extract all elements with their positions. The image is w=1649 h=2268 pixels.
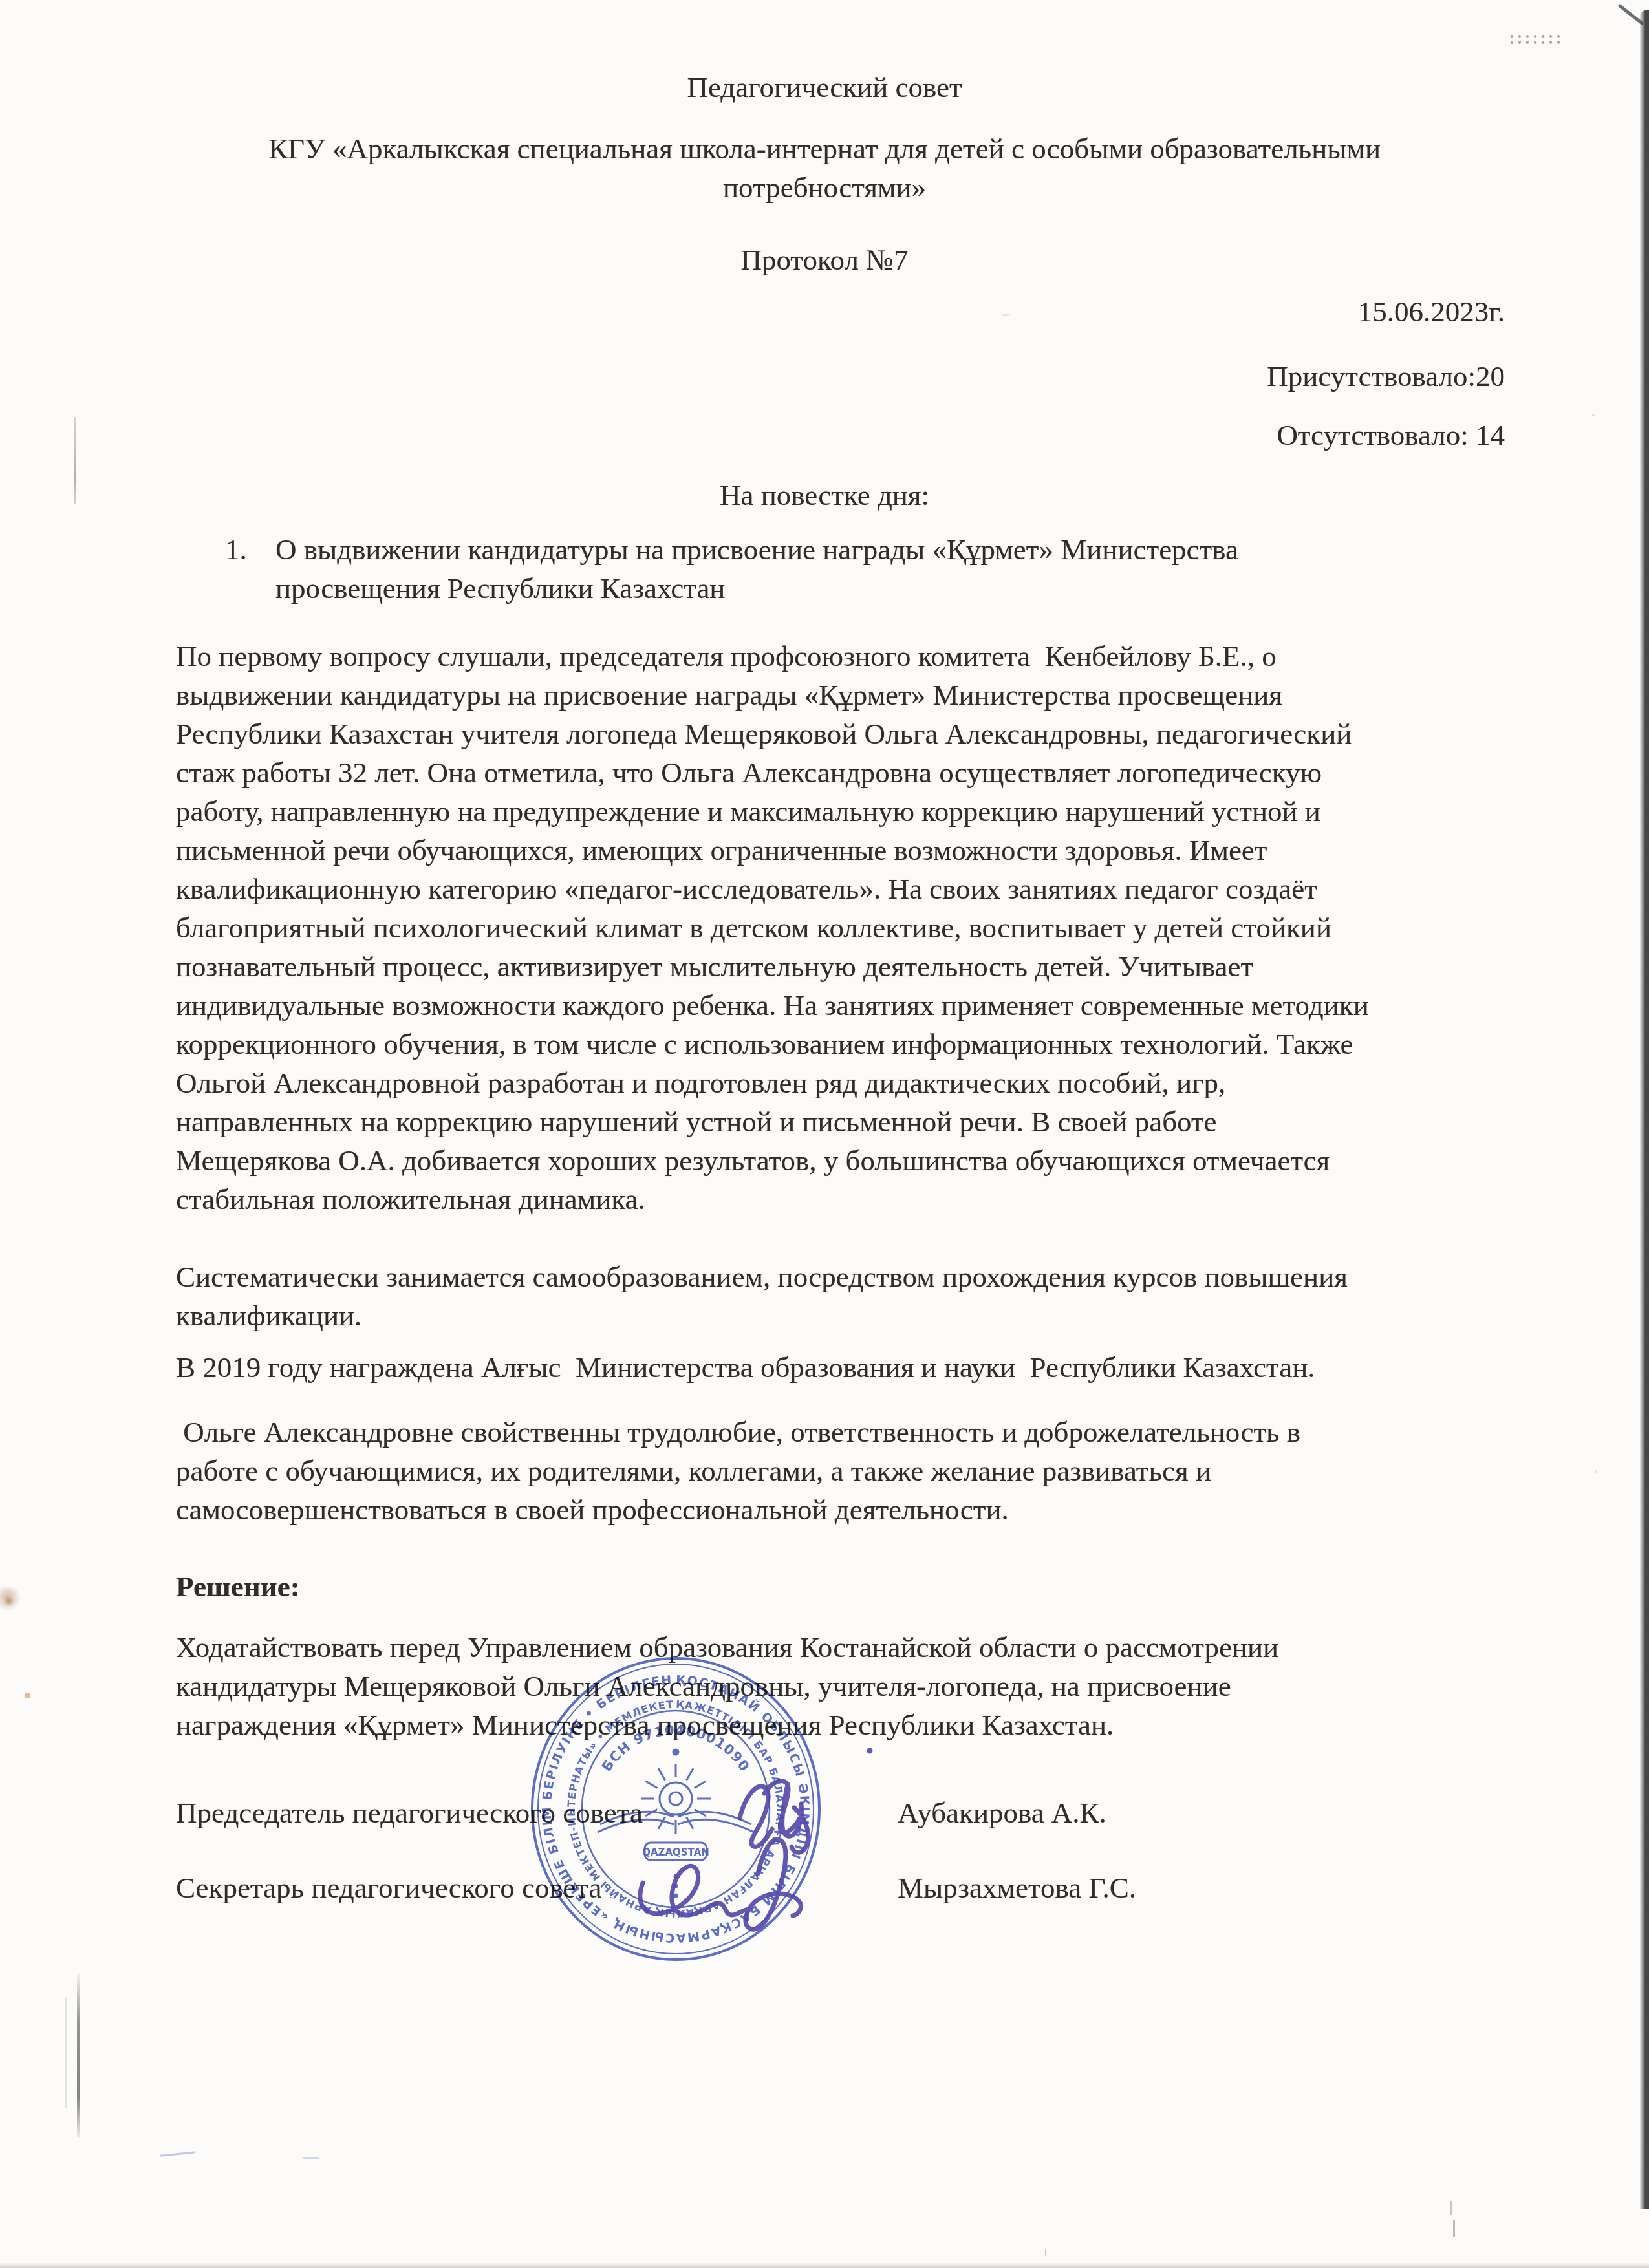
character-paragraph: Ольге Александровне свойственны трудолюб… <box>176 1413 1547 1529</box>
scan-artifact-stain <box>0 1587 22 1610</box>
signature-role-secretary: Секретарь педагогического совета <box>176 1868 602 1907</box>
attendance-absent: Отсутствовало: 14 <box>1277 416 1505 455</box>
scan-artifact-tick-2 <box>1453 2220 1455 2237</box>
scan-artifact-blue-dash-1 <box>160 2151 195 2157</box>
stamp-emblem-label: QAZAQSTAN <box>642 1846 709 1858</box>
council-title: Педагогический совет <box>0 68 1649 107</box>
scan-artifact-bottom-edge <box>0 2263 1649 2268</box>
report-paragraph: По первому вопросу слушали, председателя… <box>176 637 1547 1219</box>
signature-secretary-stroke <box>640 1839 801 1929</box>
decision-heading: Решение: <box>176 1567 300 1606</box>
scan-artifact-stain-core <box>4 1597 14 1606</box>
handwritten-signatures <box>640 1748 873 1930</box>
signature-name-chairman: Аубакирова А.К. <box>898 1793 1106 1832</box>
scan-artifact-left-line-noise <box>65 1998 67 2108</box>
scan-artifact-corner-dots <box>1508 34 1562 47</box>
organization-title: КГУ «Аркалыкская специальная школа-интер… <box>0 129 1649 207</box>
agenda-heading: На повестке дня: <box>0 476 1649 515</box>
scan-artifact-tick-1 <box>1450 2201 1452 2215</box>
protocol-number: Протокол №7 <box>0 241 1649 279</box>
attendance-present: Присутствовало:20 <box>1267 357 1505 396</box>
self-education-paragraph: Систематически занимается самообразовани… <box>176 1257 1547 1335</box>
signature-role-chairman: Председатель педагогического совета <box>176 1793 643 1832</box>
decision-text: Ходатайствовать перед Управлением образо… <box>176 1628 1547 1744</box>
agenda-item-number: 1. <box>225 530 247 569</box>
scanned-document-page: Педагогический совет КГУ «Аркалыкская сп… <box>0 0 1649 2268</box>
signature-chairman-stroke <box>740 1781 808 1853</box>
scan-artifact-curl <box>1001 309 1010 316</box>
scan-artifact-tick-3 <box>1045 2249 1046 2256</box>
scan-artifact-speck-2 <box>1595 1470 1597 1473</box>
protocol-date: 15.06.2023г. <box>1358 292 1505 331</box>
scan-artifact-stain-dot <box>25 1693 30 1698</box>
scan-artifact-speck-1 <box>1592 414 1595 416</box>
scan-artifact-right-edge <box>1640 10 1649 2209</box>
scan-artifact-left-line-lower <box>77 1973 80 2138</box>
award-2019-paragraph: В 2019 году награждена Алғыс Министерств… <box>176 1348 1547 1387</box>
signature-name-secretary: Мырзахметова Г.С. <box>898 1868 1136 1907</box>
scan-artifact-blue-dash-2 <box>303 2157 319 2159</box>
scan-artifact-right-edge-cap <box>1618 4 1644 25</box>
agenda-item-text: О выдвижении кандидатуры на присвоение н… <box>275 530 1478 608</box>
pen-dot <box>867 1748 873 1754</box>
